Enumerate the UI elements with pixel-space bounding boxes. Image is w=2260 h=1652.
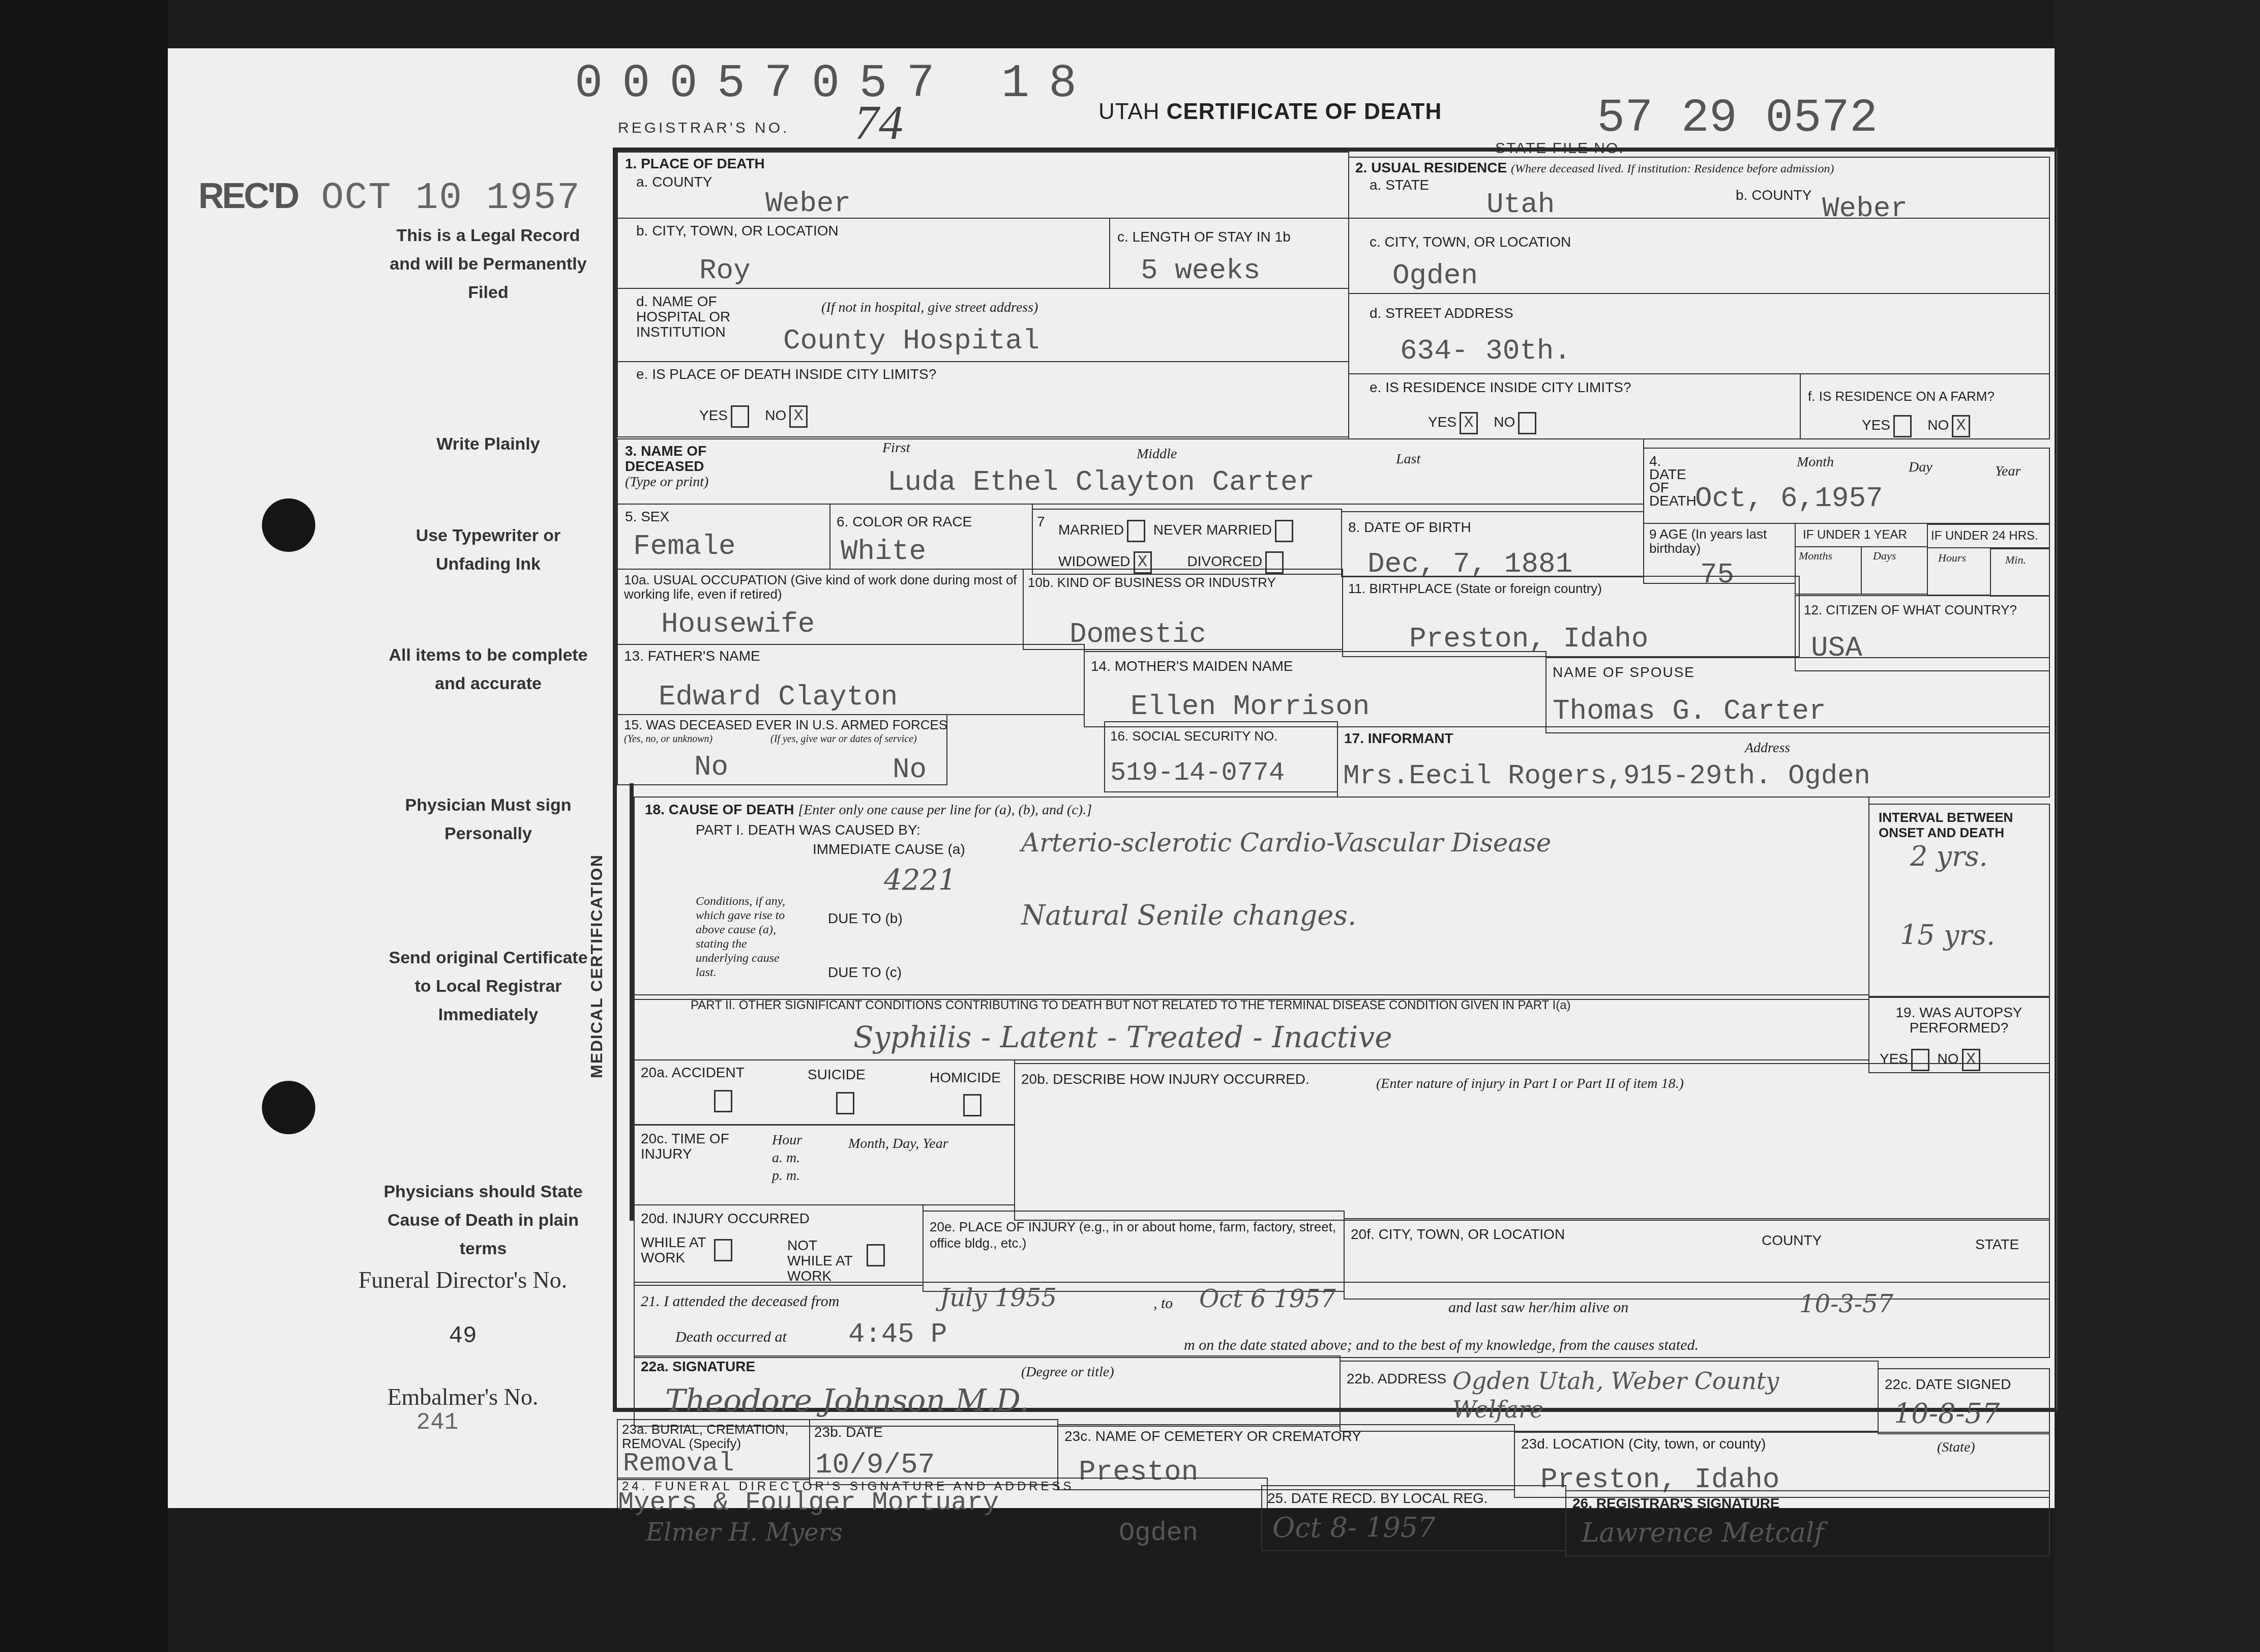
checkbox-no-checked[interactable]: X: [1952, 415, 1970, 437]
field-age-days[interactable]: Days: [1861, 546, 1928, 595]
note-state-cause: Physicians should State Cause of Death i…: [371, 1177, 595, 1263]
checkbox-no[interactable]: [1518, 412, 1536, 434]
scanner-background-right: [2055, 0, 2260, 1652]
funeral-director-signature: Elmer H. Myers: [646, 1518, 843, 1547]
field-part-2[interactable]: PART II. OTHER SIGNIFICANT CONDITIONS CO…: [634, 994, 1869, 1060]
field-residence-inside-limits[interactable]: e. IS RESIDENCE INSIDE CITY LIMITS? YESX…: [1348, 373, 1801, 439]
funeral-director-no-label: Funeral Director's No.: [331, 1266, 595, 1294]
field-disposition-method[interactable]: 23a. BURIAL, CREMATION, REMOVAL (Specify…: [617, 1419, 810, 1480]
field-hospital[interactable]: d. NAME OF HOSPITAL OR INSTITUTION (If n…: [617, 288, 1349, 362]
field-death-inside-limits[interactable]: e. IS PLACE OF DEATH INSIDE CITY LIMITS?…: [617, 361, 1349, 437]
field-occupation[interactable]: 10a. USUAL OCCUPATION (Give kind of work…: [617, 569, 1024, 645]
field-cause-of-death[interactable]: 18. CAUSE OF DEATH [Enter only one cause…: [634, 796, 1869, 1000]
field-sex[interactable]: 5. SEX Female: [617, 504, 830, 570]
medical-section-border: [630, 783, 634, 1221]
state-file-no: 57 29 0572: [1597, 92, 1878, 145]
field-date-signed[interactable]: 22c. DATE SIGNED 10-8-57: [1878, 1368, 2050, 1434]
checkbox-yes[interactable]: [1893, 415, 1912, 437]
checkbox-yes-checked[interactable]: X: [1460, 412, 1478, 434]
field-age-min[interactable]: Min.: [1990, 548, 2050, 597]
field-place-of-injury[interactable]: 20e. PLACE OF INJURY (e.g., in or about …: [923, 1211, 1345, 1292]
checkbox-no-checked[interactable]: X: [789, 405, 808, 428]
field-residence-farm[interactable]: f. IS RESIDENCE ON A FARM? YES NOX: [1800, 373, 2050, 439]
punch-hole-icon: [262, 498, 315, 552]
checkbox-suicide[interactable]: [836, 1092, 854, 1114]
field-age-months[interactable]: Months: [1795, 546, 1862, 595]
note-use-typewriter: Use Typewriter or Unfading Ink: [386, 521, 590, 578]
note-write-plainly: Write Plainly: [386, 430, 590, 458]
field-attendance[interactable]: 21. I attended the deceased from July 19…: [634, 1282, 2050, 1358]
checkbox-homicide[interactable]: [963, 1094, 982, 1116]
field-marital-status[interactable]: 7 MARRIED NEVER MARRIED WIDOWEDX DIVORCE…: [1032, 509, 1342, 575]
checkbox-while-at-work[interactable]: [714, 1239, 732, 1261]
field-injury-description[interactable]: 20b. DESCRIBE HOW INJURY OCCURRED. (Ente…: [1014, 1063, 2050, 1221]
serial-number: 00057057 18: [575, 57, 1096, 110]
field-disposition-location[interactable]: 23d. LOCATION (City, town, or county) (S…: [1514, 1432, 2050, 1498]
checkbox-married[interactable]: [1127, 520, 1145, 542]
field-physician-signature[interactable]: 22a. SIGNATURE (Degree or title) Theodor…: [634, 1355, 1341, 1427]
field-residence-city[interactable]: c. CITY, TOWN, OR LOCATION Ogden: [1348, 218, 2050, 294]
under-1-year-header: IF UNDER 1 YEAR: [1795, 523, 1928, 547]
field-father-name[interactable]: 13. FATHER'S NAME Edward Clayton: [617, 644, 1085, 715]
field-birthplace[interactable]: 11. BIRTHPLACE (State or foreign country…: [1342, 576, 1800, 657]
field-age[interactable]: 9 AGE (In years last birthday) 75: [1643, 523, 1796, 584]
certificate-title: UTAH CERTIFICATE OF DEATH: [1098, 99, 1442, 125]
under-24-hrs-header: IF UNDER 24 HRS.: [1927, 524, 2050, 548]
field-deceased-name[interactable]: 3. NAME OF DECEASED(Type or print) First…: [617, 438, 1644, 505]
registrars-no-label: REGISTRAR'S NO.: [618, 120, 789, 137]
field-date-of-death[interactable]: 4. DATE OF DEATH Month Day Year Oct, 6,1…: [1643, 448, 2050, 524]
checkbox-accident[interactable]: [714, 1090, 732, 1112]
field-interval[interactable]: INTERVAL BETWEEN ONSET AND DEATH 2 yrs. …: [1868, 804, 2050, 997]
embalmer-no: 241: [305, 1409, 570, 1436]
note-legal-record: This is a Legal Record and will be Perma…: [386, 221, 590, 307]
funeral-city: Ogden: [1119, 1518, 1198, 1548]
medical-certification-label: MEDICAL CERTIFICATION: [587, 854, 606, 1078]
checkbox-yes[interactable]: [731, 405, 749, 428]
field-informant[interactable]: 17. INFORMANT Address Mrs.Eecil Rogers,9…: [1337, 726, 2050, 798]
field-registrar-signature[interactable]: 26. REGISTRAR'S SIGNATURE Lawrence Metca…: [1565, 1490, 2050, 1556]
field-age-hours[interactable]: Hours: [1927, 547, 1991, 596]
checkbox-never-married[interactable]: [1275, 520, 1293, 542]
received-stamp: REC'D OCT 10 1957: [198, 175, 581, 220]
embalmer-no-label: Embalmer's No.: [331, 1383, 595, 1411]
field-residence-street[interactable]: d. STREET ADDRESS 634- 30th.: [1348, 293, 2050, 374]
registrars-no: 74: [854, 94, 903, 151]
checkbox-not-while-at-work[interactable]: [867, 1244, 885, 1266]
note-physician-sign: Physician Must sign Personally: [386, 791, 590, 848]
note-send-original: Send original Certificate to Local Regis…: [386, 943, 590, 1029]
scanner-background-left: [0, 0, 168, 1652]
field-time-of-injury[interactable]: 20c. TIME OF INJURY Houra. m.p. m. Month…: [634, 1124, 1015, 1205]
field-mother-name[interactable]: 14. MOTHER'S MAIDEN NAME Ellen Morrison: [1084, 651, 1547, 727]
funeral-director-no: 49: [331, 1322, 595, 1350]
punch-hole-icon: [262, 1081, 315, 1134]
funeral-home-name: Myers & Foulger Mortuary: [618, 1488, 999, 1518]
field-injury-type[interactable]: 20a. ACCIDENT SUICIDE HOMICIDE: [634, 1059, 1015, 1126]
field-race[interactable]: 6. COLOR OR RACE White: [829, 504, 1033, 570]
field-autopsy[interactable]: 19. WAS AUTOPSY PERFORMED? YES NOX: [1868, 997, 2050, 1073]
field-length-of-stay[interactable]: c. LENGTH OF STAY IN 1b 5 weeks: [1109, 218, 1349, 289]
field-date-of-birth[interactable]: 8. DATE OF BIRTH Dec, 7, 1881: [1341, 511, 1644, 577]
field-armed-forces[interactable]: 15. WAS DECEASED EVER IN U.S. ARMED FORC…: [617, 714, 947, 785]
field-physician-address[interactable]: 22b. ADDRESS Ogden Utah, Weber County We…: [1340, 1361, 1879, 1432]
field-residence-state-county[interactable]: 2. USUAL RESIDENCE (Where deceased lived…: [1348, 157, 2050, 219]
field-death-county[interactable]: 1. PLACE OF DEATH a. COUNTY Weber: [617, 152, 1349, 219]
field-spouse-name[interactable]: NAME OF SPOUSE Thomas G. Carter: [1545, 657, 2050, 733]
field-date-recd-local-reg[interactable]: 25. DATE RECD. BY LOCAL REG. Oct 8- 1957: [1261, 1485, 1566, 1551]
field-disposition-date[interactable]: 23b. DATE 10/9/57: [809, 1419, 1058, 1485]
field-ssn[interactable]: 16. SOCIAL SECURITY NO. 519-14-0774: [1104, 721, 1338, 792]
field-industry[interactable]: 10b. KIND OF BUSINESS OR INDUSTRY Domest…: [1023, 569, 1343, 650]
field-death-city[interactable]: b. CITY, TOWN, OR LOCATION Roy: [617, 218, 1110, 289]
note-complete-accurate: All items to be complete and accurate: [386, 641, 590, 698]
field-injury-occurred[interactable]: 20d. INJURY OCCURRED WHILE AT WORK NOT W…: [634, 1204, 924, 1286]
